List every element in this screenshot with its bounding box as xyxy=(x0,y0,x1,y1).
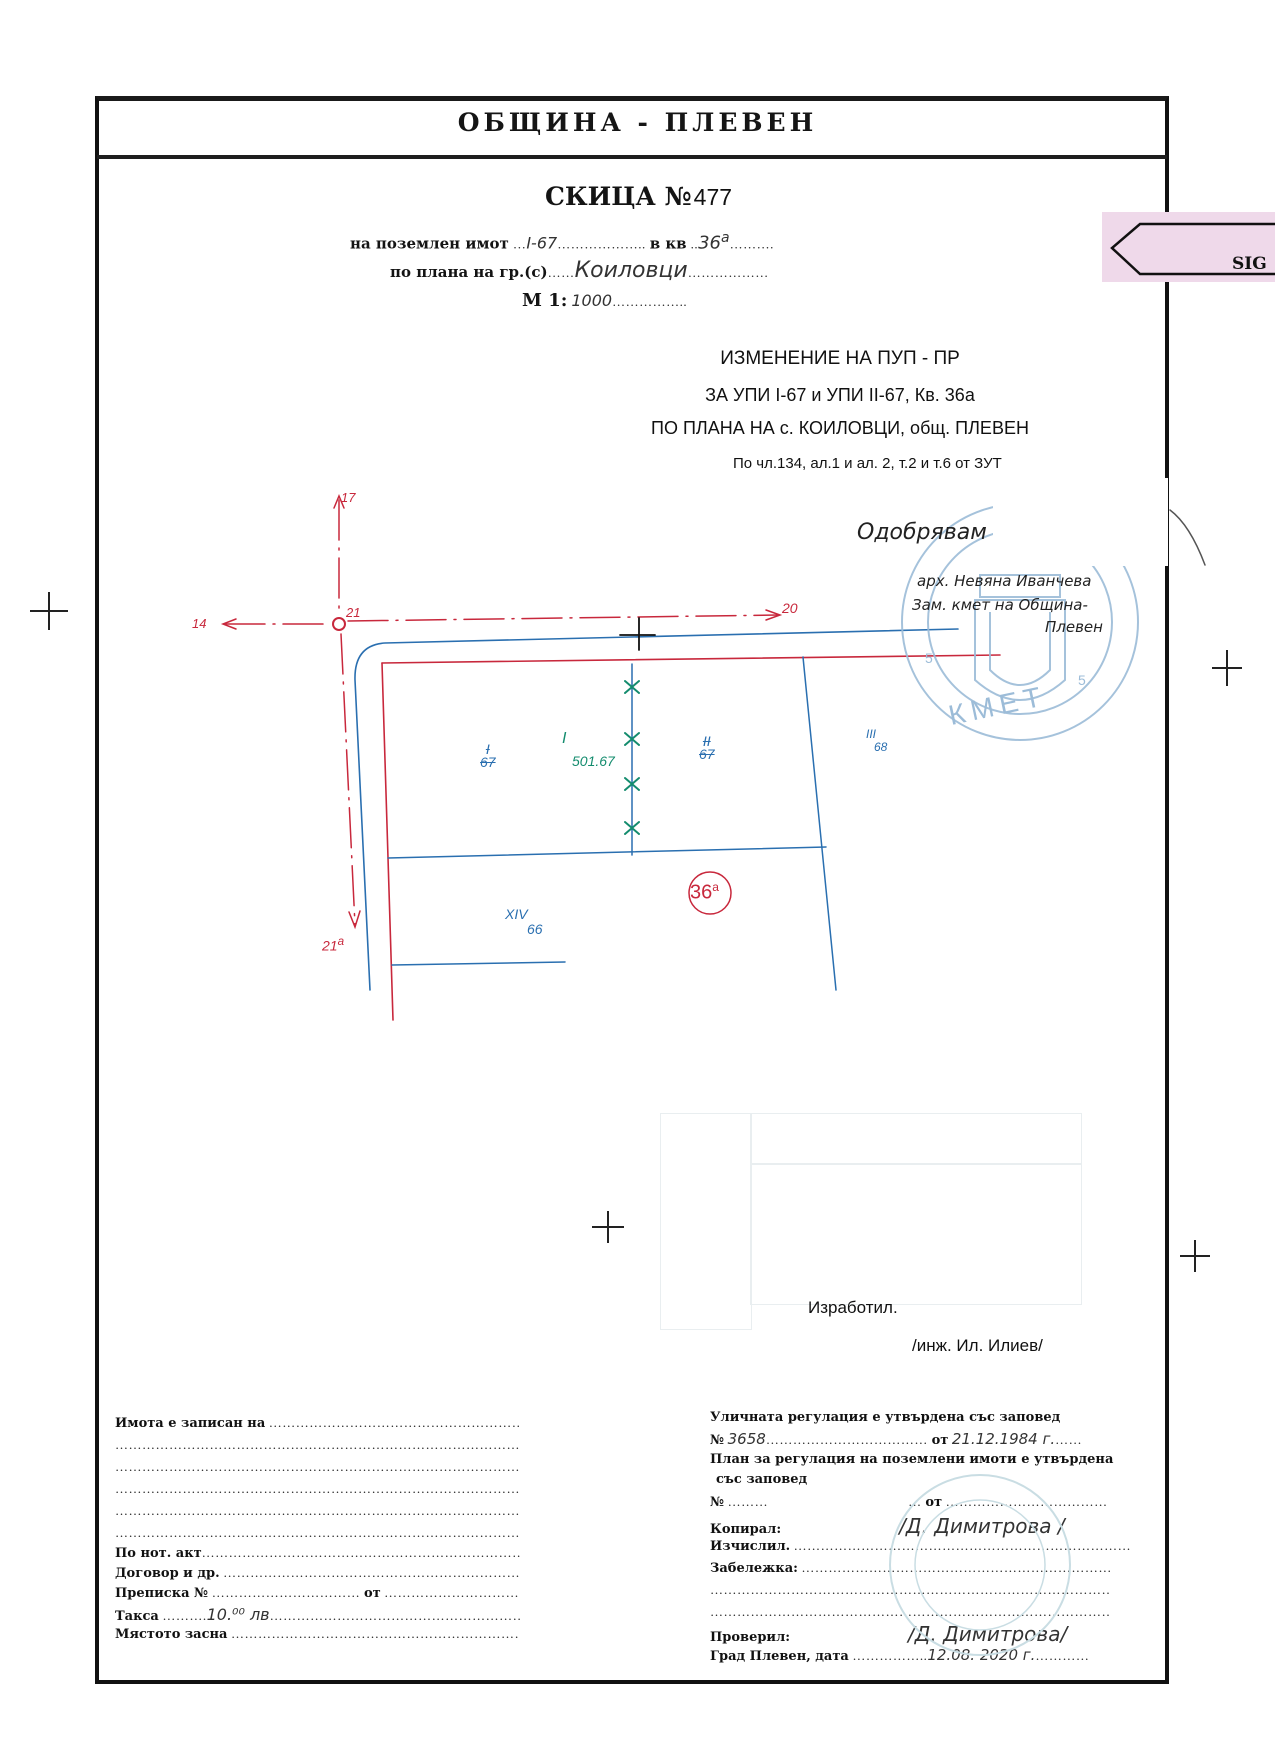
note-label: Забележка: xyxy=(710,1561,798,1576)
registration-mark-right-lower xyxy=(1180,1240,1210,1272)
file-label: Преписка № xyxy=(115,1586,208,1601)
regulation-line-left xyxy=(382,663,393,1020)
street-order-number: 3658 xyxy=(728,1430,766,1448)
lot-number: 67 xyxy=(476,756,500,769)
lot-number: 68 xyxy=(866,741,887,754)
plot-order-label: № xyxy=(710,1495,724,1510)
street-edge-line xyxy=(355,629,958,990)
form-row-fee: Такса ……….10.⁰⁰ лв………………………………………………… xyxy=(115,1605,520,1625)
block-badge: 36а xyxy=(690,880,719,905)
lot-label-iii-68: III 68 xyxy=(866,728,887,754)
axis-label-north: 17 xyxy=(341,490,355,505)
plot-regulation-label-2: със заповед xyxy=(716,1472,807,1487)
lot-number: 66 xyxy=(505,922,543,937)
street-order-label: № xyxy=(710,1433,724,1448)
lot-label-ii-67: II 67 xyxy=(695,735,719,761)
axis-label-south-sup: а xyxy=(338,935,344,948)
stamp-side-right: 5 xyxy=(1078,672,1086,688)
approver-position-1: Зам. кмет на Община- xyxy=(912,596,1088,614)
street-order-row: № 3658……………………………… от 21.12.1984 г.…… xyxy=(710,1430,1140,1449)
lot-number: 67 xyxy=(695,748,719,761)
signature-stroke xyxy=(1170,510,1205,565)
axis-east-line xyxy=(348,615,778,621)
lot-boundary-xiv xyxy=(392,962,565,965)
stamp-side-left: 5 xyxy=(925,650,933,666)
ghost-stamp-top xyxy=(750,1113,1082,1165)
form-row-blank: …………………………………………………………………………………………………………… xyxy=(115,1437,520,1453)
copied-label: Копирал: xyxy=(710,1522,781,1537)
fee-label: Такса xyxy=(115,1609,159,1624)
area-label: Мястото засна xyxy=(115,1627,227,1642)
form-row-file: Преписка № …………………………… от ……………………………… xyxy=(115,1585,520,1602)
street-order-date: 21.12.1984 г. xyxy=(952,1430,1055,1448)
redaction-patch xyxy=(993,478,1168,566)
axis-point-21 xyxy=(333,618,345,630)
new-lot-roman: I xyxy=(562,730,566,748)
approver-name: арх. Невяна Иванчева xyxy=(917,572,1091,590)
faded-admin-stamp xyxy=(850,1470,1110,1660)
form-row-area: Мястото засна ……………………………………………………………… м… xyxy=(115,1626,520,1643)
survey-crosshair-icon xyxy=(620,618,655,650)
axis-label-west: 14 xyxy=(192,616,206,631)
form-row-blank: …………………………………………………………………………………………………………… xyxy=(115,1459,520,1475)
contract-label: Договор и др. xyxy=(115,1566,220,1581)
prepared-by-label: Изработил. xyxy=(808,1298,898,1318)
plot-regulation-label: План за регулация на поземлени имоти е у… xyxy=(710,1452,1113,1467)
registration-mark-right xyxy=(1212,650,1242,686)
file-date-label: от xyxy=(364,1586,381,1601)
approval-word: Одобрявам xyxy=(857,520,987,545)
form-row-owner: Имота е записан на ………………………………………………………… xyxy=(115,1415,520,1432)
axis-south-line xyxy=(341,634,355,925)
form-row-blank: …………………………………………………………………………………………………………… xyxy=(115,1481,520,1497)
form-row-notary-act: По нот. акт……………………………………………………………………………… xyxy=(115,1545,520,1562)
axis-label-center: 21 xyxy=(346,605,360,620)
axis-label-south: 21а xyxy=(322,935,344,954)
notary-act-label: По нот. акт xyxy=(115,1546,202,1561)
lot-boundary-south xyxy=(388,847,826,858)
axis-label-east: 20 xyxy=(782,600,798,616)
approver-position-2: Плевен xyxy=(1045,618,1103,636)
fee-value: 10.⁰⁰ лв xyxy=(207,1605,270,1624)
lot-boundary-east xyxy=(803,657,836,990)
street-regulation-row: Уличната регулация е утвърдена със запов… xyxy=(710,1410,1140,1426)
checked-label: Проверил: xyxy=(710,1630,790,1645)
ghost-stamp-left xyxy=(660,1113,752,1330)
form-row-blank: …………………………………………………………………………………………………………… xyxy=(115,1503,520,1519)
street-regulation-label: Уличната регулация е утвърдена със запов… xyxy=(710,1410,1060,1425)
axis-label-south-number: 21 xyxy=(322,938,338,954)
form-row-contract: Договор и др. ……………………………………………………………………… xyxy=(115,1565,520,1582)
block-badge-number: 36 xyxy=(690,882,712,904)
block-badge-sup: а xyxy=(712,880,719,894)
lot-roman: XIV xyxy=(505,907,543,922)
calculated-label: Изчислил. xyxy=(710,1539,790,1554)
form-row-blank: …………………………………………………………………………………………………………… xyxy=(115,1525,520,1541)
new-lot-number: 501.67 xyxy=(572,753,615,769)
lot-label-i-67: I 67 xyxy=(476,743,500,769)
prepared-by-name: /инж. Ил. Илиев/ xyxy=(912,1336,1043,1356)
city-date-label: Град Плевен, дата xyxy=(710,1649,849,1664)
registration-mark-left xyxy=(30,592,68,630)
ghost-stamp-body xyxy=(750,1163,1082,1305)
lot-label-xiv-66: XIV 66 xyxy=(505,907,543,937)
owner-label: Имота е записан на xyxy=(115,1416,265,1431)
plot-regulation-row: План за регулация на поземлени имоти е у… xyxy=(710,1452,1140,1468)
registration-mark-center xyxy=(592,1211,624,1243)
street-order-date-label: от xyxy=(932,1433,949,1448)
